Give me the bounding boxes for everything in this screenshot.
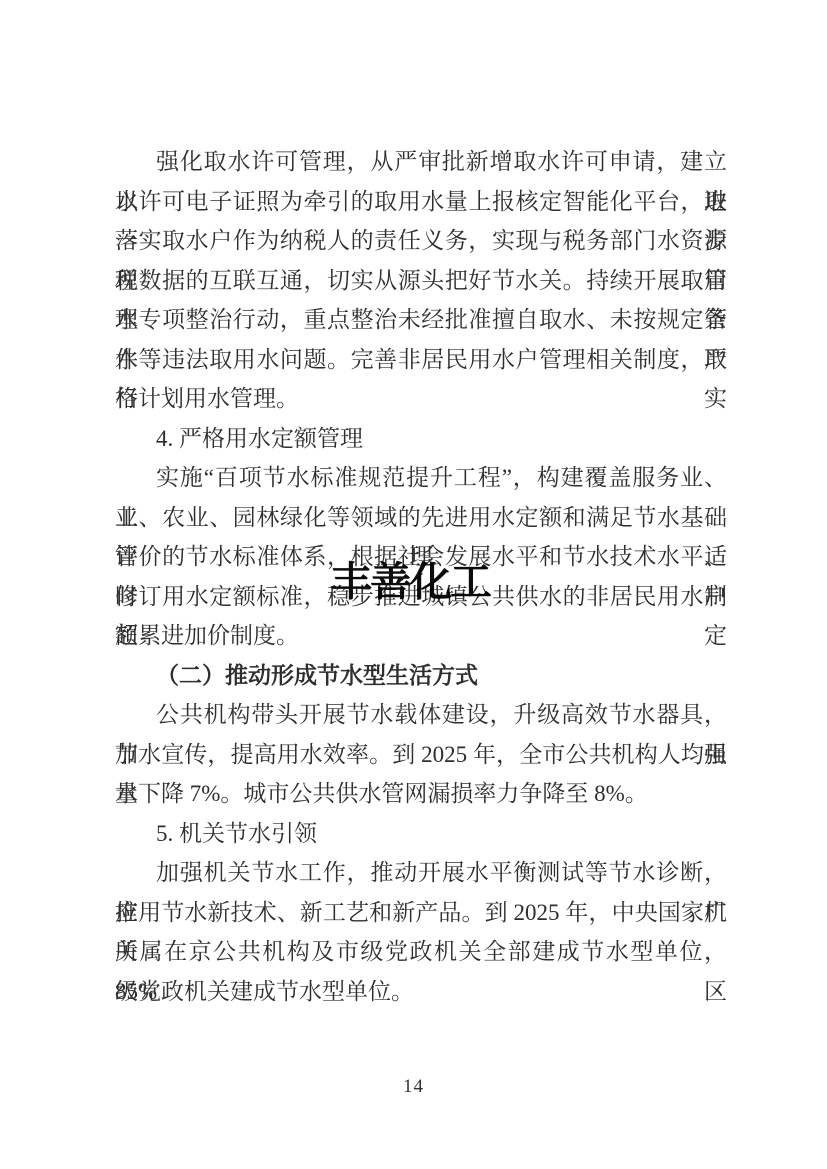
document-line: 水等违法取用水问题。完善非居民用水户管理相关制度，严格实: [115, 340, 727, 380]
document-line: 实施“百项节水标准规范提升工程”，构建覆盖服务业、工: [115, 458, 727, 498]
document-line: 业、农业、园林绿化等领域的先进用水定额和满足节水基础管理、: [115, 498, 727, 538]
document-line: 强化取水许可管理，从严审批新增取水许可申请，建立以取: [115, 142, 727, 182]
document-line: 所属在京公共机构及市级党政机关全部建成节水型单位，85%区: [115, 932, 727, 972]
document-line: 公共机构带头开展节水载体建设，升级高效节水器具，加强: [115, 695, 727, 735]
document-line: 5. 机关节水引领: [115, 814, 727, 854]
document-line: 理专项整治行动，重点整治未经批准擅自取水、未按规定条件取: [115, 300, 727, 340]
section-heading-line: （二）推动形成节水型生活方式: [115, 656, 727, 696]
document-line: 水许可电子证照为牵引的取用水量上报核定智能化平台，进一步: [115, 182, 727, 222]
document-line: 落实取水户作为纳税人的责任义务，实现与税务部门水资源税管: [115, 221, 727, 261]
document-line: 加强机关节水工作，推动开展水平衡测试等节水诊断，推广: [115, 853, 727, 893]
document-line: 理数据的互联互通，切实从源头把好节水关。持续开展取用水管: [115, 261, 727, 301]
page-number: 14: [0, 1076, 827, 1098]
watermark-text: 丰善化工: [330, 560, 490, 604]
document-line: 节水宣传，提高用水效率。到 2025 年，全市公共机构人均用水: [115, 735, 727, 775]
document-line: 应用节水新技术、新工艺和新产品。到 2025 年，中央国家机关: [115, 893, 727, 933]
document-line: 4. 严格用水定额管理: [115, 419, 727, 459]
document-page: 强化取水许可管理，从严审批新增取水许可申请，建立以取水许可电子证照为牵引的取用水…: [0, 0, 827, 1169]
document-line: 量下降 7%。城市公共供水管网漏损率力争降至 8%。: [115, 774, 727, 814]
